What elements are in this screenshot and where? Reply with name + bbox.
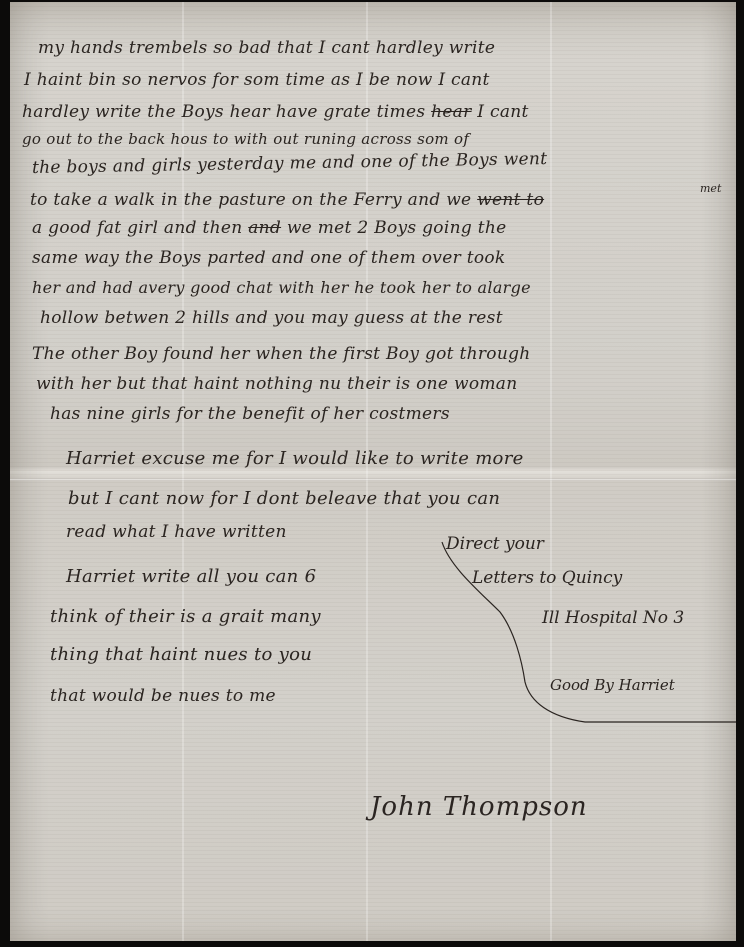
address-line: Letters to Quincy <box>472 568 622 588</box>
closing: Good By Harriet <box>550 676 675 694</box>
address-line: Direct your <box>446 534 544 554</box>
signature: John Thompson <box>370 792 588 822</box>
address-line: Ill Hospital No 3 <box>542 608 684 628</box>
letter-page: my hands trembels so bad that I cant har… <box>10 2 736 941</box>
